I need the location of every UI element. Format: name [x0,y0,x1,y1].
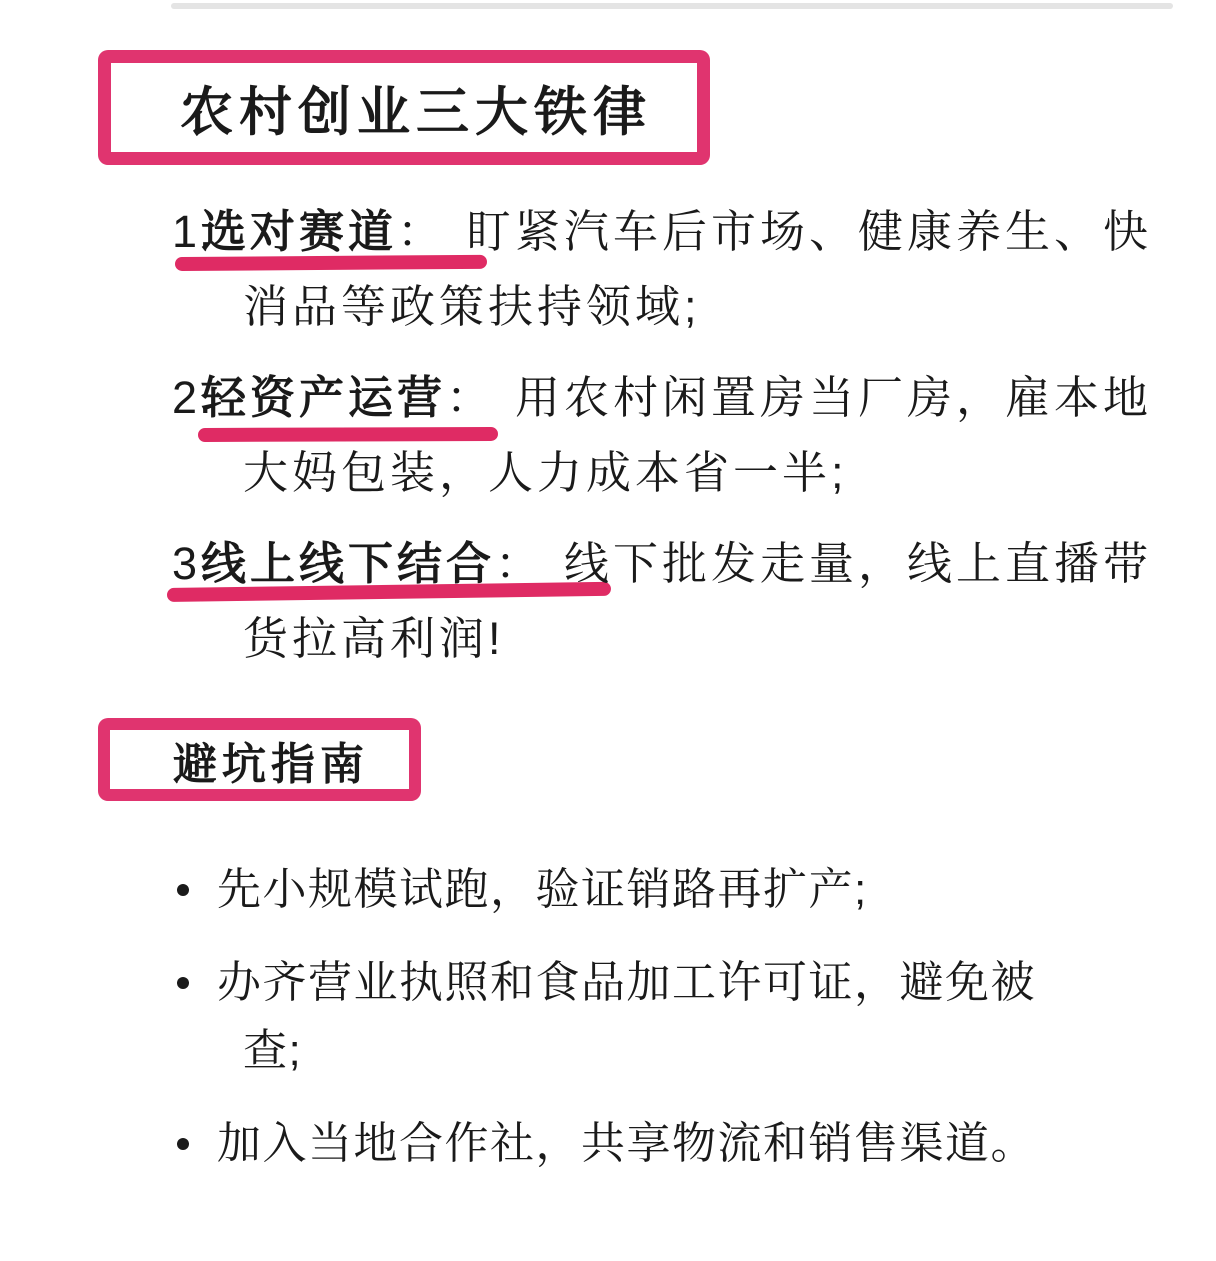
rule-item-1: 1. 选对赛道：盯紧汽车后市场、健康养生、快 消品等政策扶持领域; [170,194,1165,344]
tip-item-3: 加入当地合作社，共享物流和销售渠道。 [170,1110,1165,1178]
tip-2-line-2: 查; [243,1017,1165,1085]
tip-2-line-1: 办齐营业执照和食品加工许可证，避免被 [217,949,1165,1017]
rule-2-term: 轻资产运营 [201,372,446,423]
rule-1-line-2: 消品等政策扶持领域; [243,269,1165,344]
top-divider [171,3,1173,9]
bullet-dot-icon [177,977,189,989]
tip-item-2: 办齐营业执照和食品加工许可证，避免被 查; [170,949,1165,1085]
rule-1-colon: ： [397,206,446,257]
tips-heading: 避坑指南 [173,728,369,792]
rules-list: 1. 选对赛道：盯紧汽车后市场、健康养生、快 消品等政策扶持领域; 2. 轻资产… [170,194,1165,676]
tip-3-line-1: 加入当地合作社，共享物流和销售渠道。 [217,1110,1165,1178]
tips-list: 先小规模试跑，验证销路再扩产; 办齐营业执照和食品加工许可证，避免被 查; 加入… [170,856,1165,1178]
rule-3-line-2: 货拉高利润! [243,601,1165,676]
rule-2-line-2: 大妈包装，人力成本省一半; [243,435,1165,510]
rules-heading: 农村创业三大铁律 [180,70,652,146]
tip-1-line-1: 先小规模试跑，验证销路再扩产; [217,856,1165,924]
rule-2-colon: ： [446,372,495,423]
rule-3-body-start: 线下批发走量，线上直播带 [564,538,1152,589]
tips-heading-box: 避坑指南 [98,718,421,801]
rule-1-text: 选对赛道：盯紧汽车后市场、健康养生、快 消品等政策扶持领域; [243,194,1165,344]
bullet-dot-icon [177,884,189,896]
rule-3-term: 线上线下结合 [201,538,495,589]
rule-2-body-start: 用农村闲置房当厂房，雇本地 [515,372,1152,423]
tip-item-1: 先小规模试跑，验证销路再扩产; [170,856,1165,924]
rule-3-line-1: 线上线下结合：线下批发走量，线上直播带 [201,526,1165,601]
rule-3-colon: ： [495,538,544,589]
tip-1-text: 先小规模试跑，验证销路再扩产; [243,856,1165,924]
rule-item-2: 2. 轻资产运营：用农村闲置房当厂房，雇本地 大妈包装，人力成本省一半; [170,360,1165,510]
rule-2-line-1: 轻资产运营：用农村闲置房当厂房，雇本地 [201,360,1165,435]
rule-1-body-start: 盯紧汽车后市场、健康养生、快 [466,206,1152,257]
tip-2-text: 办齐营业执照和食品加工许可证，避免被 查; [243,949,1165,1085]
rule-1-term: 选对赛道 [201,206,397,257]
rule-item-3: 3. 线上线下结合：线下批发走量，线上直播带 货拉高利润! [170,526,1165,676]
rule-3-text: 线上线下结合：线下批发走量，线上直播带 货拉高利润! [243,526,1165,676]
bullet-dot-icon [177,1138,189,1150]
tip-3-text: 加入当地合作社，共享物流和销售渠道。 [243,1110,1165,1178]
rule-1-line-1: 选对赛道：盯紧汽车后市场、健康养生、快 [201,194,1165,269]
rule-2-text: 轻资产运营：用农村闲置房当厂房，雇本地 大妈包装，人力成本省一半; [243,360,1165,510]
rules-heading-box: 农村创业三大铁律 [98,50,710,165]
article-card: 农村创业三大铁律 1. 选对赛道：盯紧汽车后市场、健康养生、快 消品等政策扶持领… [0,0,1216,1261]
